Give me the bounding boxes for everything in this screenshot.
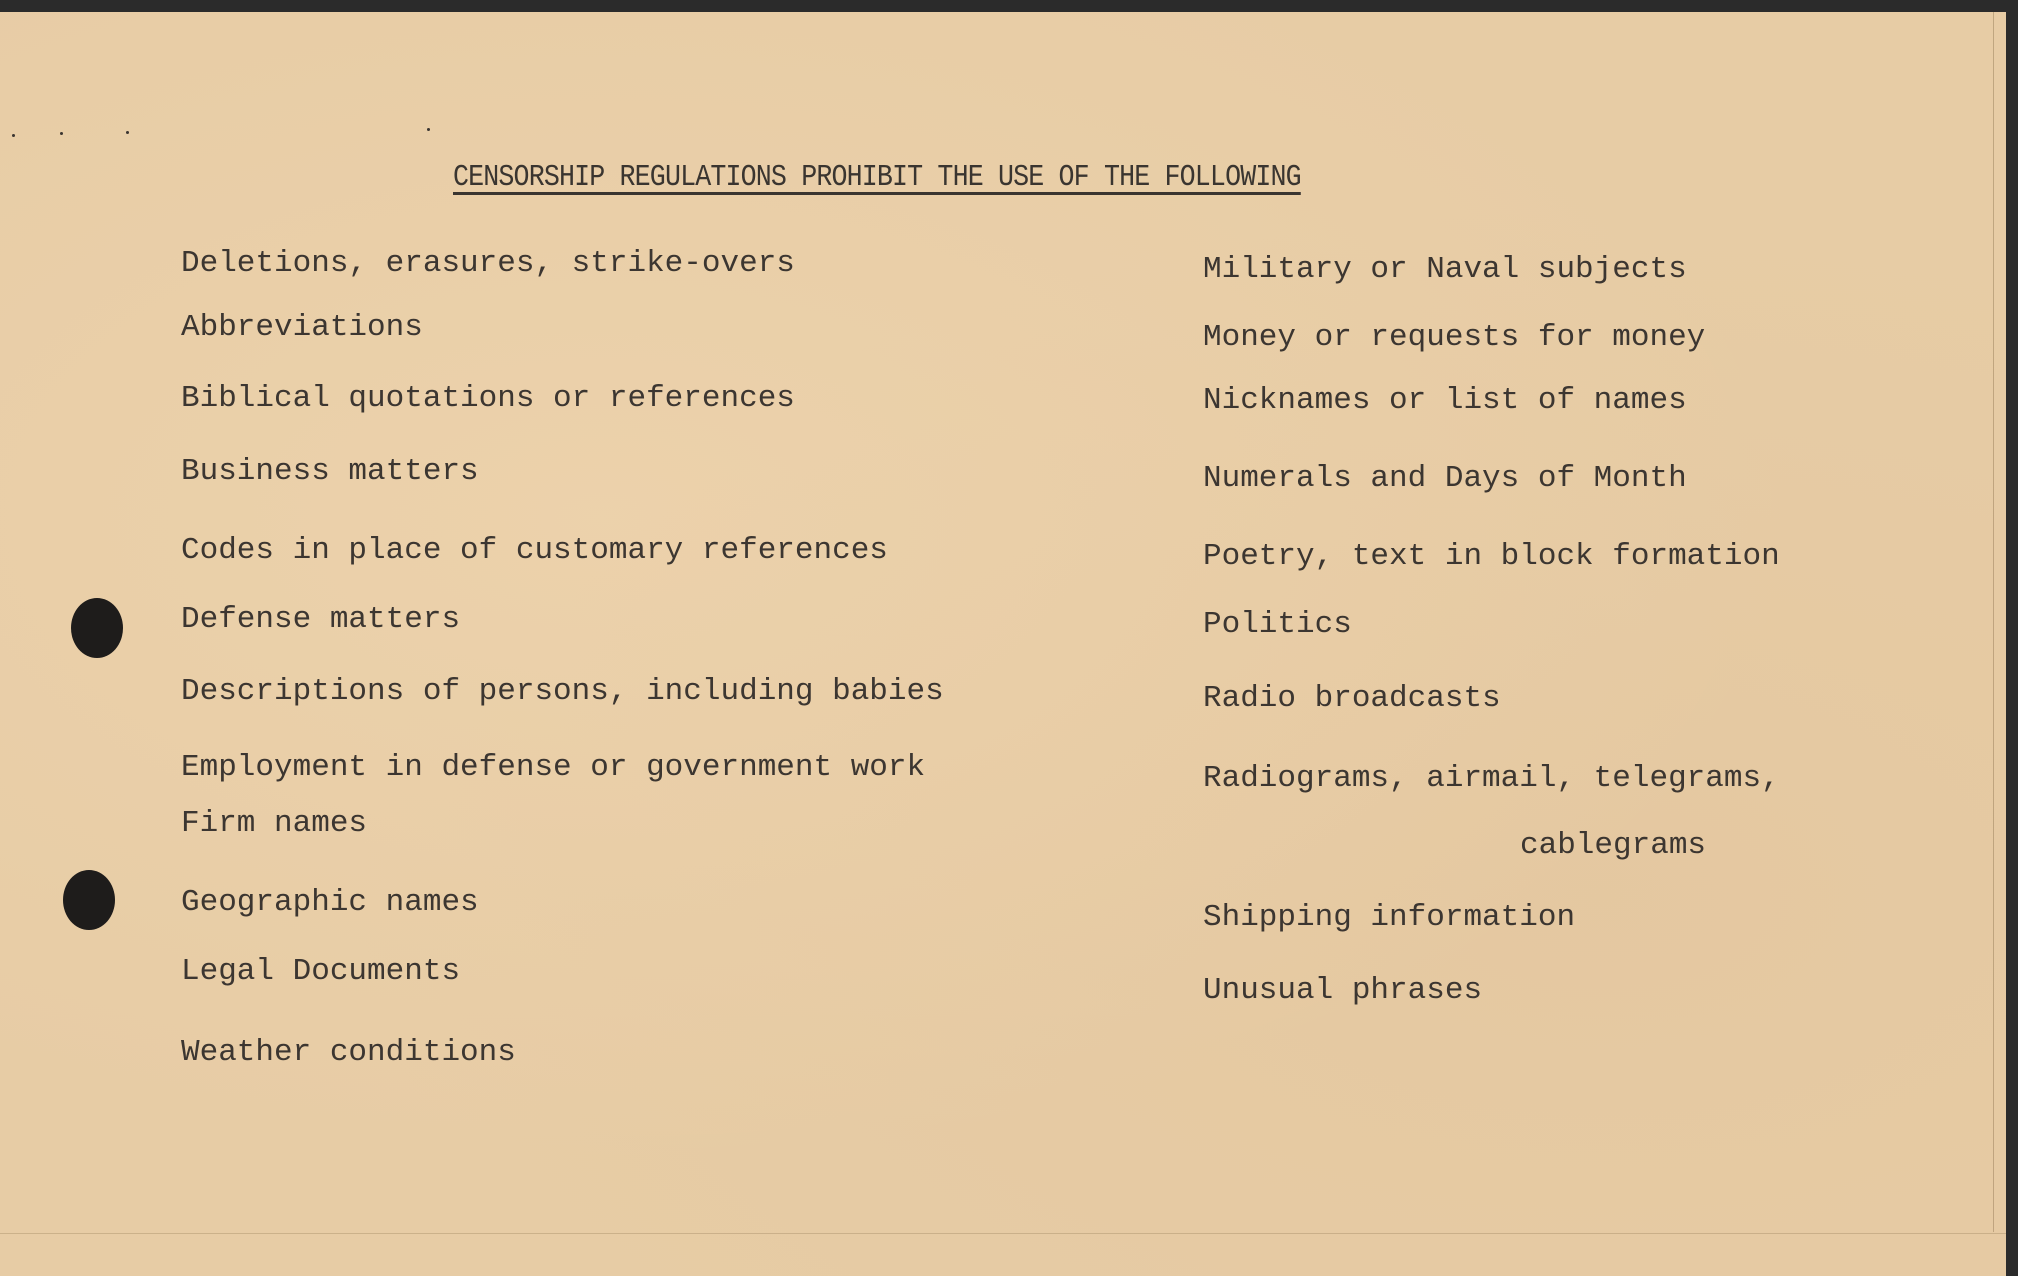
page-title: CENSORSHIP REGULATIONS PROHIBIT THE USE …: [453, 160, 1402, 195]
list-item: Abbreviations: [181, 310, 423, 345]
list-item: Weather conditions: [181, 1035, 516, 1070]
list-item: Business matters: [181, 454, 479, 489]
punch-hole: [63, 870, 115, 930]
list-item: Military or Naval subjects: [1203, 252, 1687, 287]
list-item: Biblical quotations or references: [181, 381, 795, 416]
list-item: Politics: [1203, 607, 1352, 642]
list-item: Radiograms, airmail, telegrams,: [1203, 761, 1780, 796]
document-page: CENSORSHIP REGULATIONS PROHIBIT THE USE …: [0, 12, 2006, 1276]
list-item: Unusual phrases: [1203, 973, 1482, 1008]
page-bottom-fold: [0, 1233, 2006, 1234]
ink-speck: [60, 132, 63, 135]
page-edge-fold: [1993, 12, 1994, 1232]
list-item: Shipping information: [1203, 900, 1575, 935]
list-item: Legal Documents: [181, 954, 460, 989]
list-item: Geographic names: [181, 885, 479, 920]
ink-speck: [427, 128, 430, 131]
list-item: Employment in defense or government work: [181, 750, 925, 785]
list-item: Deletions, erasures, strike-overs: [181, 246, 795, 281]
list-item: Defense matters: [181, 602, 460, 637]
list-item: Nicknames or list of names: [1203, 383, 1687, 418]
list-item: Codes in place of customary references: [181, 533, 888, 568]
list-item: Radio broadcasts: [1203, 681, 1501, 716]
punch-hole: [71, 598, 123, 658]
ink-speck: [126, 131, 129, 134]
list-item: Money or requests for money: [1203, 320, 1705, 355]
list-item: Descriptions of persons, including babie…: [181, 674, 944, 709]
ink-speck: [12, 134, 15, 137]
list-item-continuation: cablegrams: [1520, 828, 1706, 863]
list-item: Poetry, text in block formation: [1203, 539, 1780, 574]
list-item: Firm names: [181, 806, 367, 841]
list-item: Numerals and Days of Month: [1203, 461, 1687, 496]
